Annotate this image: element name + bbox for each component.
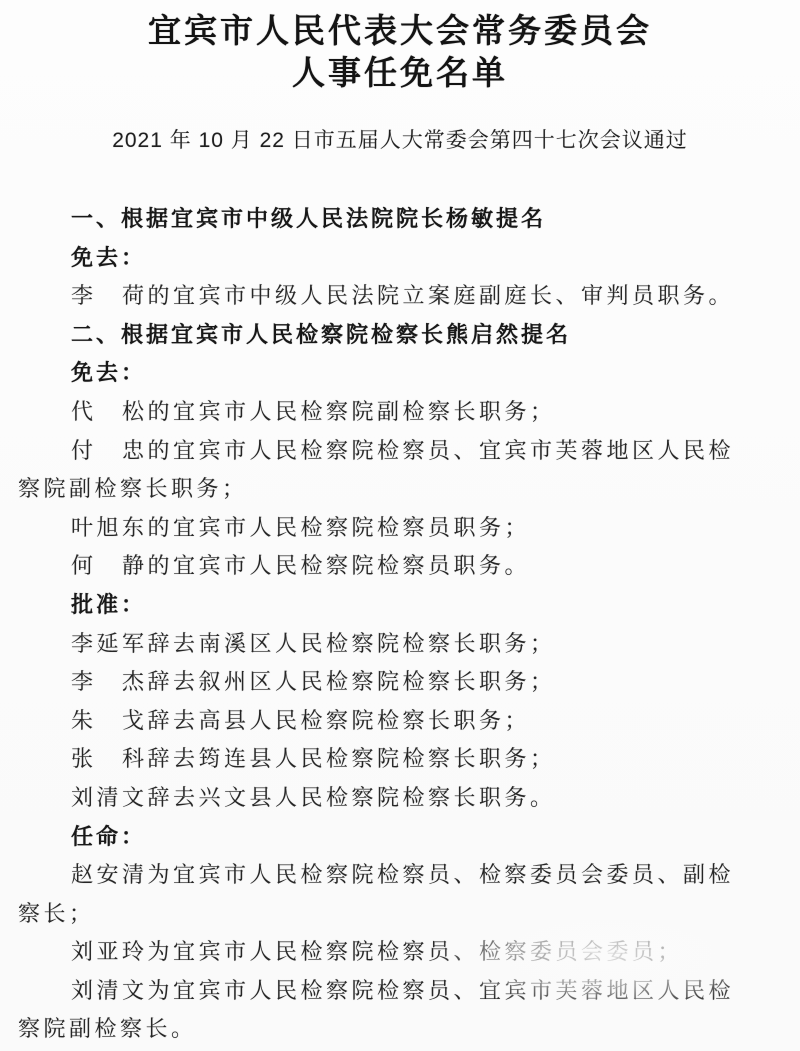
- section-1-remove-label: 免去：: [18, 239, 754, 278]
- removal-item: 代 松的宜宾市人民检察院副检察长职务；: [18, 393, 754, 432]
- section-2-heading: 二、根据宜宾市人民检察院检察长熊启然提名: [18, 316, 754, 355]
- meeting-approval-line: 2021 年 10 月 22 日市五届人大常委会第四十七次会议通过: [0, 126, 800, 156]
- document-title: 宜宾市人民代表大会常务委员会 人事任免名单: [0, 0, 800, 94]
- resignation-item: 李延军辞去南溪区人民检察院检察长职务；: [18, 625, 754, 664]
- appointment-item: 刘亚玲为宜宾市人民检察院检察员、检察委员会委员；: [18, 933, 754, 972]
- section-2-remove-label: 免去：: [18, 354, 754, 393]
- resignation-item: 李 杰辞去叙州区人民检察院检察长职务；: [18, 663, 754, 702]
- removal-item: 付 忠的宜宾市人民检察院检察员、宜宾市芙蓉地区人民检察院副检察长职务；: [18, 432, 754, 509]
- document-title-line2: 人事任免名单: [0, 52, 800, 94]
- removal-item: 李 荷的宜宾市中级人民法院立案庭副庭长、审判员职务。: [18, 277, 754, 316]
- section-2-appoint-label: 任命：: [18, 818, 754, 857]
- document-title-line1: 宜宾市人民代表大会常务委员会: [0, 10, 800, 52]
- section-2-approve-label: 批准：: [18, 586, 754, 625]
- removal-item: 何 静的宜宾市人民检察院检察员职务。: [18, 547, 754, 586]
- document-body: 一、根据宜宾市中级人民法院院长杨敏提名 免去： 李 荷的宜宾市中级人民法院立案庭…: [0, 200, 800, 1049]
- section-1-heading: 一、根据宜宾市中级人民法院院长杨敏提名: [18, 200, 754, 239]
- resignation-item: 朱 戈辞去高县人民检察院检察长职务；: [18, 702, 754, 741]
- removal-item: 叶旭东的宜宾市人民检察院检察员职务；: [18, 509, 754, 548]
- appointment-item: 赵安清为宜宾市人民检察院检察员、检察委员会委员、副检察长；: [18, 856, 754, 933]
- resignation-item: 张 科辞去筠连县人民检察院检察长职务；: [18, 740, 754, 779]
- appointment-item: 刘清文为宜宾市人民检察院检察员、宜宾市芙蓉地区人民检察院副检察长。: [18, 972, 754, 1049]
- document-page: 宜宾市人民代表大会常务委员会 人事任免名单 2021 年 10 月 22 日市五…: [0, 0, 800, 1051]
- resignation-item: 刘清文辞去兴文县人民检察院检察长职务。: [18, 779, 754, 818]
